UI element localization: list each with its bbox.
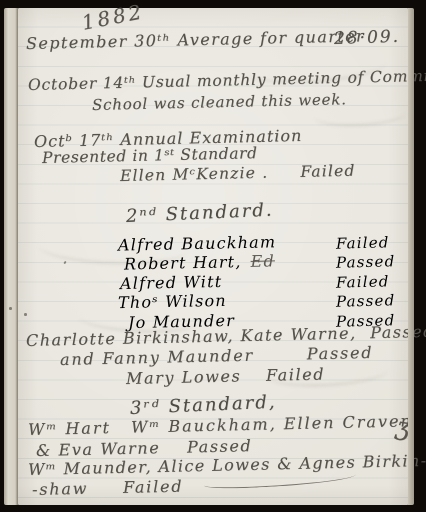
exam-result: Passed xyxy=(336,253,396,273)
adjacent-page-edge xyxy=(4,8,18,505)
monthly-meeting-entry: October 14ᵗʰ Usual monthly meeting of Co… xyxy=(28,66,426,94)
standard2-heading: 2ⁿᵈ Standard. xyxy=(126,200,274,227)
ink-speck xyxy=(24,313,27,316)
standard1-pupil-line: Ellen MᶜKenzie . Failed xyxy=(120,162,356,185)
pupil-name: Thoˢ Wilson xyxy=(118,291,227,312)
average-entry: September 30ᵗʰ Average for quarter xyxy=(26,26,365,53)
pupil-name: Robert Hart,Ed xyxy=(124,252,275,274)
exam-result: Failed xyxy=(266,364,326,384)
exam-result: Failed xyxy=(123,477,184,497)
page-right-edge xyxy=(408,8,414,505)
exam-result: Passed xyxy=(187,436,253,456)
pupil-name-continued: -shaw xyxy=(32,479,89,499)
exam-row: Robert Hart,Ed Passed xyxy=(18,253,408,272)
average-value: 28·09. xyxy=(334,27,401,49)
struck-word: Ed xyxy=(250,252,275,272)
pupil-name: Ellen MᶜKenzie . xyxy=(120,164,269,185)
ink-speck xyxy=(9,307,12,310)
pupil-names: and Fanny Maunder xyxy=(60,346,254,369)
photo-background: 1882 September 30ᵗʰ Average for quarter … xyxy=(0,0,426,512)
flourish-line xyxy=(204,473,356,490)
standard3-names-line: Wᵐ Hart Wᵐ Bauckham, Ellen Craven xyxy=(28,411,413,439)
exam-row: Alfred Witt Failed xyxy=(18,273,408,292)
pupil-name: Wᵐ Hart xyxy=(28,418,111,439)
exam-result: Failed xyxy=(336,233,390,252)
exam-result: Passed xyxy=(370,322,426,342)
pupil-name: Mary Lowes xyxy=(126,366,242,388)
pupil-name: Alfred Witt xyxy=(120,272,223,293)
exam-result: Passed xyxy=(307,343,374,364)
school-cleaned-entry: School was cleaned this week. xyxy=(92,90,347,114)
exam-row: Thoˢ Wilson Passed xyxy=(18,292,408,311)
exam-result: Failed xyxy=(300,162,356,181)
presented-standard-line: Presented in 1ˢᵗ Standard xyxy=(42,144,258,167)
year-heading: 1882 xyxy=(80,0,146,35)
exam-result: Failed xyxy=(336,272,390,291)
exam-row: Alfred Bauckham Failed xyxy=(18,234,408,253)
notebook-page: 1882 September 30ᵗʰ Average for quarter … xyxy=(18,8,409,505)
standard2-results-list: Alfred Bauckham Failed Robert Hart,Ed Pa… xyxy=(18,234,408,331)
exam-result: Passed xyxy=(336,291,396,311)
